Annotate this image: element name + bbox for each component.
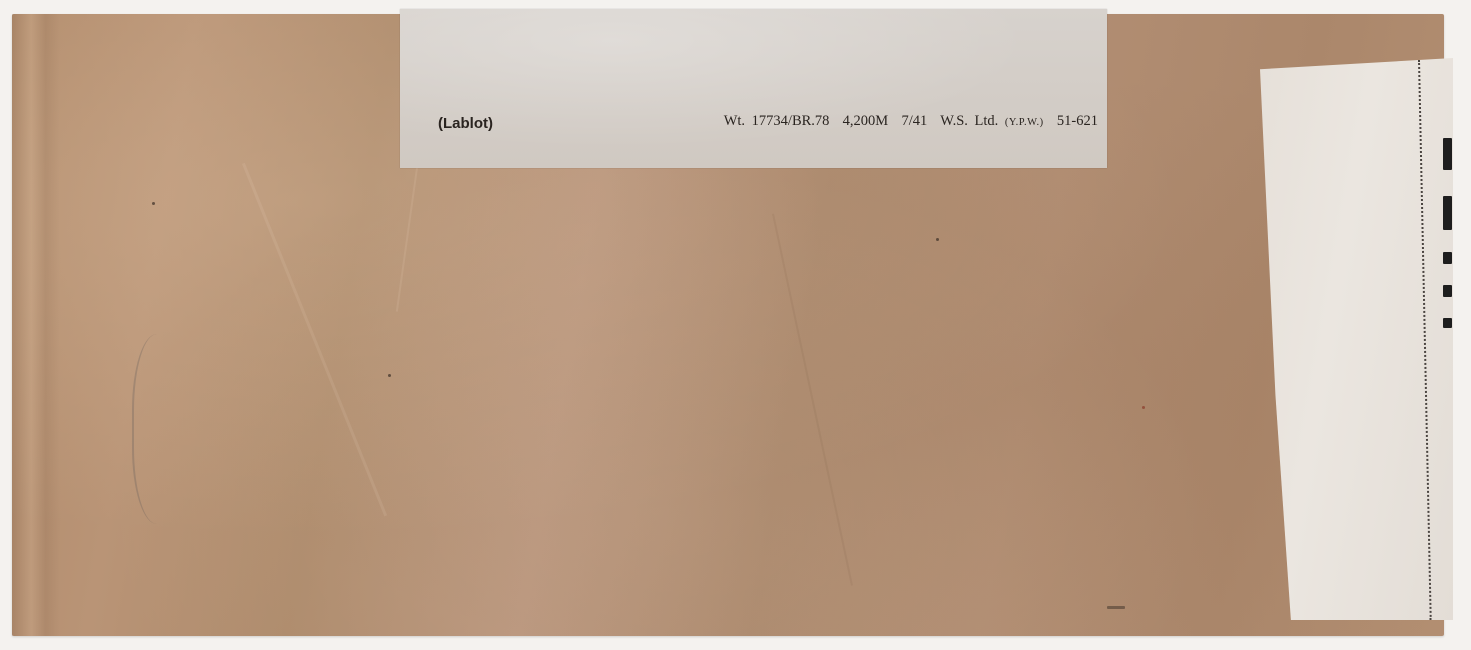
printed-label: (Lablot) Wt. 17734/BR.78 4,200M 7/41 W.S…: [400, 9, 1107, 168]
label-weight: Wt. 17734/BR.78: [724, 113, 830, 129]
label-print-line: Wt. 17734/BR.78 4,200M 7/41 W.S. Ltd. (Y…: [724, 113, 1098, 130]
label-form-number: 51-621: [1057, 113, 1098, 129]
ink-speck: [936, 238, 939, 241]
airmail-stripe: [1443, 318, 1452, 328]
ink-smudge: [1107, 606, 1125, 609]
label-code: (Lablot): [438, 115, 493, 132]
label-printer: W.S. Ltd.: [940, 113, 998, 129]
faint-pencil-mark: [132, 334, 194, 524]
label-quantity: 4,200M: [843, 113, 889, 129]
ink-speck: [388, 374, 391, 377]
label-date: 7/41: [901, 113, 927, 129]
airmail-stripe: [1443, 252, 1452, 264]
airmail-stripe: [1443, 196, 1452, 230]
paper-crease: [772, 214, 853, 586]
label-printer-mark: (Y.P.W.): [1005, 117, 1044, 128]
ink-speck: [152, 202, 155, 205]
paper-crease: [242, 163, 387, 516]
airmail-stripe: [1443, 138, 1452, 170]
airmail-stripe: [1443, 285, 1452, 297]
ink-speck: [1142, 406, 1145, 409]
